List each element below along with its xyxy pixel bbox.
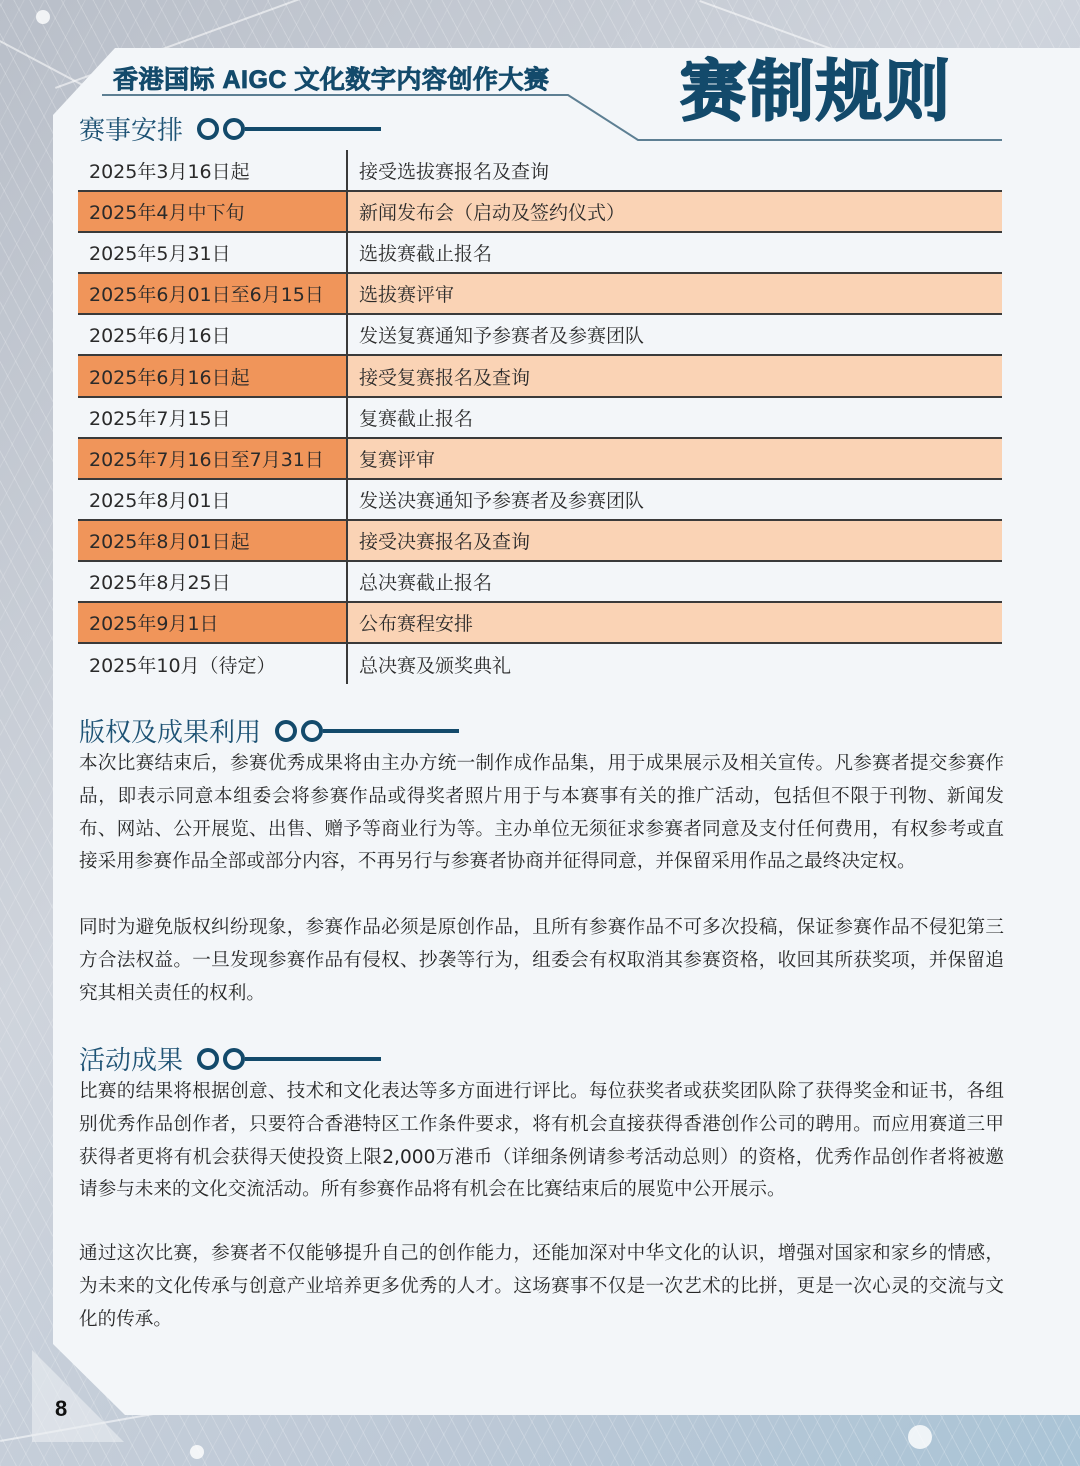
schedule-event: 公布赛程安排 (347, 602, 1002, 643)
schedule-date: 2025年4月中下旬 (78, 191, 347, 232)
table-row: 2025年8月01日发送决赛通知予参赛者及参赛团队 (78, 479, 1002, 520)
schedule-event: 发送复赛通知予参赛者及参赛团队 (347, 314, 1002, 355)
schedule-event: 发送决赛通知予参赛者及参赛团队 (347, 479, 1002, 520)
schedule-event: 接受决赛报名及查询 (347, 520, 1002, 561)
schedule-event: 复赛截止报名 (347, 397, 1002, 438)
schedule-date: 2025年5月31日 (78, 232, 347, 273)
table-row: 2025年5月31日选拔赛截止报名 (78, 232, 1002, 273)
schedule-date: 2025年8月01日起 (78, 520, 347, 561)
section-heading-copyright: 版权及成果利用 (79, 712, 459, 749)
schedule-date: 2025年6月16日起 (78, 355, 347, 396)
organization-title: 香港国际 AIGC 文化数字内容创作大赛 (113, 60, 549, 96)
section-title-label: 版权及成果利用 (79, 712, 261, 749)
table-row: 2025年10月（待定）总决赛及颁奖典礼 (78, 643, 1002, 684)
copyright-paragraph-1: 本次比赛结束后，参赛优秀成果将由主办方统一制作成作品集，用于成果展示及相关宣传。… (79, 748, 1004, 879)
schedule-event: 接受复赛报名及查询 (347, 355, 1002, 396)
double-circle-line-icon (197, 1048, 381, 1070)
schedule-event: 总决赛截止报名 (347, 561, 1002, 602)
schedule-event: 总决赛及颁奖典礼 (347, 643, 1002, 684)
section-heading-outcomes: 活动成果 (79, 1040, 381, 1077)
schedule-event: 选拔赛截止报名 (347, 232, 1002, 273)
table-row: 2025年9月1日公布赛程安排 (78, 602, 1002, 643)
outcomes-paragraph-2: 通过这次比赛，参赛者不仅能够提升自己的创作能力，还能加深对中华文化的认识，增强对… (79, 1238, 1004, 1336)
schedule-date: 2025年10月（待定） (78, 643, 347, 684)
page-number: 8 (55, 1396, 67, 1422)
schedule-date: 2025年8月25日 (78, 561, 347, 602)
schedule-date: 2025年6月16日 (78, 314, 347, 355)
schedule-event: 接受选拔赛报名及查询 (347, 150, 1002, 191)
schedule-event: 新闻发布会（启动及签约仪式） (347, 191, 1002, 232)
schedule-date: 2025年7月15日 (78, 397, 347, 438)
table-row: 2025年7月16日至7月31日复赛评审 (78, 438, 1002, 479)
table-row: 2025年8月25日总决赛截止报名 (78, 561, 1002, 602)
schedule-date: 2025年6月01日至6月15日 (78, 273, 347, 314)
section-heading-schedule: 赛事安排 (79, 110, 381, 147)
copyright-paragraph-2: 同时为避免版权纠纷现象，参赛作品必须是原创作品，且所有参赛作品不可多次投稿，保证… (79, 912, 1004, 1010)
table-row: 2025年8月01日起接受决赛报名及查询 (78, 520, 1002, 561)
table-row: 2025年6月01日至6月15日选拔赛评审 (78, 273, 1002, 314)
schedule-date: 2025年8月01日 (78, 479, 347, 520)
table-row: 2025年6月16日起接受复赛报名及查询 (78, 355, 1002, 396)
schedule-event: 复赛评审 (347, 438, 1002, 479)
schedule-date: 2025年3月16日起 (78, 150, 347, 191)
decorative-dot (190, 1445, 204, 1459)
schedule-date: 2025年7月16日至7月31日 (78, 438, 347, 479)
table-row: 2025年7月15日复赛截止报名 (78, 397, 1002, 438)
table-row: 2025年4月中下旬新闻发布会（启动及签约仪式） (78, 191, 1002, 232)
schedule-table: 2025年3月16日起接受选拔赛报名及查询 2025年4月中下旬新闻发布会（启动… (78, 150, 1002, 684)
schedule-date: 2025年9月1日 (78, 602, 347, 643)
section-title-label: 赛事安排 (79, 110, 183, 147)
outcomes-paragraph-1: 比赛的结果将根据创意、技术和文化表达等多方面进行评比。每位获奖者或获奖团队除了获… (79, 1076, 1004, 1207)
section-title-label: 活动成果 (79, 1040, 183, 1077)
double-circle-line-icon (275, 720, 459, 742)
table-row: 2025年6月16日发送复赛通知予参赛者及参赛团队 (78, 314, 1002, 355)
table-row: 2025年3月16日起接受选拔赛报名及查询 (78, 150, 1002, 191)
double-circle-line-icon (197, 118, 381, 140)
schedule-event: 选拔赛评审 (347, 273, 1002, 314)
decorative-dot (908, 1425, 932, 1449)
page-title: 赛制规则 (680, 58, 952, 124)
